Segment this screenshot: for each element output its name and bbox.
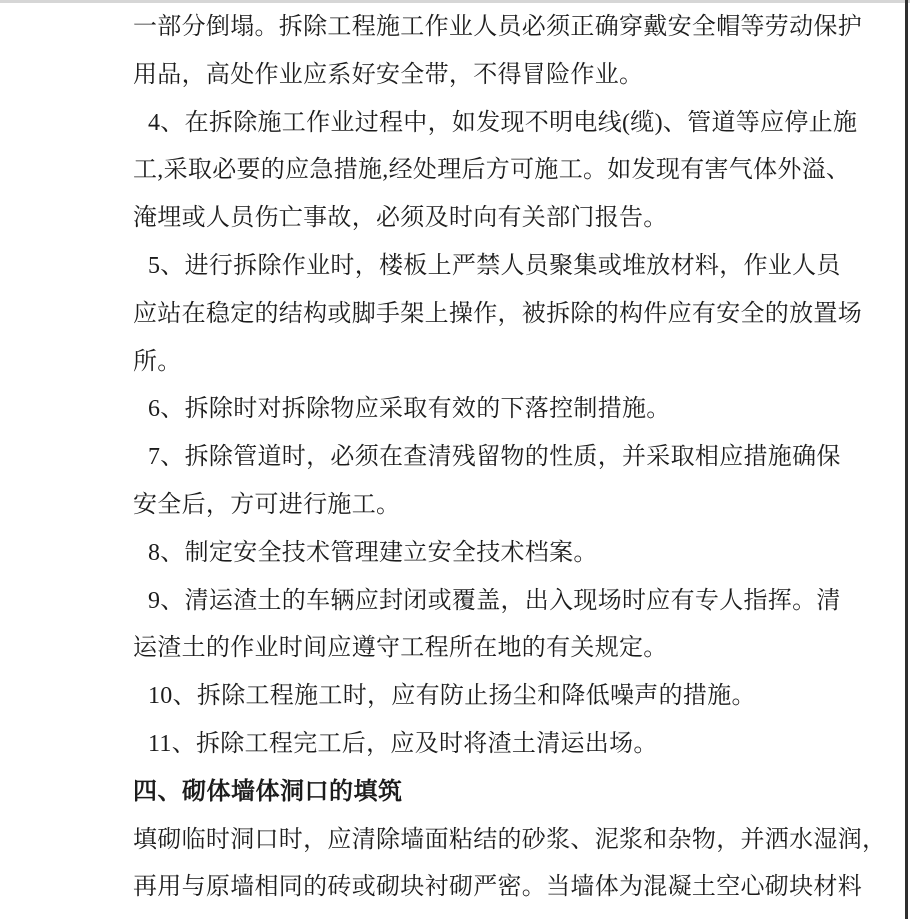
document-page: { "page": { "background_color": "#ffffff… xyxy=(0,0,910,919)
text-line: 10、拆除工程施工时，应有防止扬尘和降低噪声的措施。 xyxy=(133,673,848,721)
text-line: 8、制定安全技术管理建立安全技术档案。 xyxy=(133,530,848,578)
text-line: 应站在稳定的结构或脚手架上操作，被拆除的构件应有安全的放置场 xyxy=(133,291,848,339)
text-line: 用品，高处作业应系好安全带，不得冒险作业。 xyxy=(133,52,848,100)
text-line: 再用与原墙相同的砖或砌块衬砌严密。当墙体为混凝土空心砌块材料 xyxy=(133,864,848,912)
document-body: 一部分倒塌。拆除工程施工作业人员必须正确穿戴安全帽等劳动保护用品，高处作业应系好… xyxy=(133,4,848,912)
text-line: 7、拆除管道时，必须在查清残留物的性质，并采取相应措施确保 xyxy=(133,434,848,482)
text-line: 淹埋或人员伤亡事故，必须及时向有关部门报告。 xyxy=(133,195,848,243)
page-right-border xyxy=(905,0,908,919)
text-line: 一部分倒塌。拆除工程施工作业人员必须正确穿戴安全帽等劳动保护 xyxy=(133,4,848,52)
text-line: 4、在拆除施工作业过程中，如发现不明电线(缆)、管道等应停止施 xyxy=(133,100,848,148)
text-line: 填砌临时洞口时，应清除墙面粘结的砂浆、泥浆和杂物，并洒水湿润， xyxy=(133,817,848,865)
text-line: 11、拆除工程完工后，应及时将渣土清运出场。 xyxy=(133,721,848,769)
text-line: 运渣土的作业时间应遵守工程所在地的有关规定。 xyxy=(133,625,848,673)
text-line: 安全后，方可进行施工。 xyxy=(133,482,848,530)
text-line: 工,采取必要的应急措施,经处理后方可施工。如发现有害气体外溢、 xyxy=(133,147,848,195)
text-line: 所。 xyxy=(133,339,848,387)
window-top-edge xyxy=(0,0,910,3)
text-line: 6、拆除时对拆除物应采取有效的下落控制措施。 xyxy=(133,386,848,434)
text-line: 四、砌体墙体洞口的填筑 xyxy=(133,769,848,817)
text-line: 5、进行拆除作业时，楼板上严禁人员聚集或堆放材料，作业人员 xyxy=(133,243,848,291)
text-line: 9、清运渣土的车辆应封闭或覆盖，出入现场时应有专人指挥。清 xyxy=(133,578,848,626)
